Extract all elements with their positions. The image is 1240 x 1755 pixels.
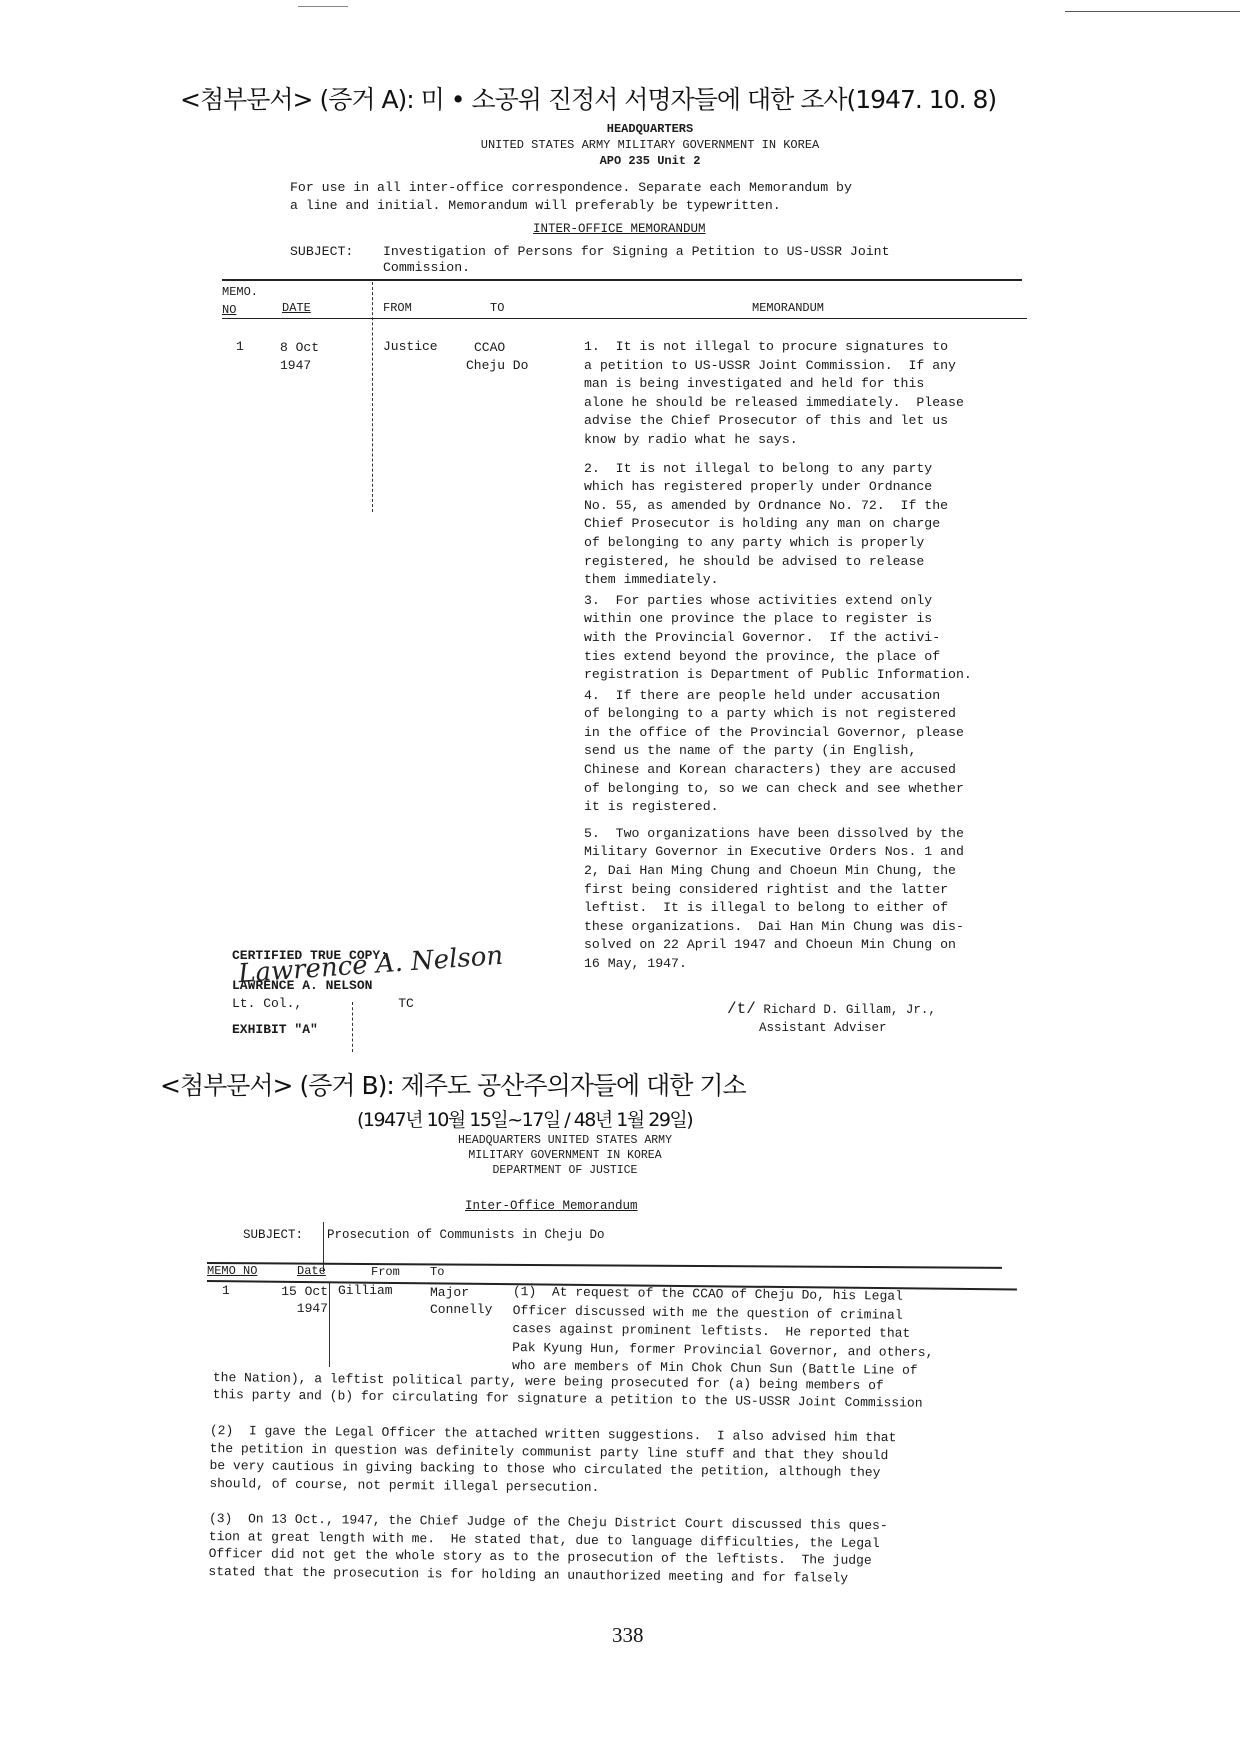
memo-paragraph: (2) I gave the Legal Officer the attache… xyxy=(209,1422,896,1499)
memo-to: CCAO Cheju Do xyxy=(466,339,528,375)
text-line: advise the Chief Prosecutor of this and … xyxy=(584,412,972,431)
col-date: DATE xyxy=(282,301,311,315)
text-line: 2. It is not illegal to belong to any pa… xyxy=(584,460,972,479)
memo-b-para1: (1) At request of the CCAO of Cheju Do, … xyxy=(512,1283,934,1381)
header-line: MILITARY GOVERNMENT IN KOREA xyxy=(400,1148,730,1163)
certified-rank: Lt. Col.,TC xyxy=(232,995,414,1013)
text-line: know by radio what he says. xyxy=(584,431,972,450)
text-line: with the Provincial Governor. If the act… xyxy=(584,629,972,648)
memo-paragraph: (3) On 13 Oct., 1947, the Chief Judge of… xyxy=(208,1510,895,1587)
instruction-line: For use in all inter-office corresponden… xyxy=(290,179,852,197)
memo-from: Justice xyxy=(383,339,438,354)
text-line: registration is Department of Public Inf… xyxy=(584,666,972,685)
header-line: APO 235 Unit 2 xyxy=(400,153,900,169)
memo-paragraph: 3. For parties whose activities extend o… xyxy=(584,592,972,685)
text-line: man is being investigated and held for t… xyxy=(584,375,972,394)
subject-label: SUBJECT: xyxy=(290,244,353,259)
text-line: these organizations. Dai Han Min Chung w… xyxy=(584,918,972,937)
col-from-b: From xyxy=(371,1265,400,1279)
memo-paragraph: 5. Two organizations have been dissolved… xyxy=(584,825,972,974)
form-title: INTER-OFFICE MEMORANDUM xyxy=(533,222,706,236)
header-line: HEADQUARTERS UNITED STATES ARMY xyxy=(400,1133,730,1148)
text-line: 4. If there are people held under accusa… xyxy=(584,687,972,706)
text-line: 2, Dai Han Ming Chung and Choeun Min Chu… xyxy=(584,862,972,881)
signoff-name: Richard D. Gillam, Jr., xyxy=(763,1003,936,1017)
text-line: of belonging to, so we can check and see… xyxy=(584,780,972,799)
text-line: No. 55, as amended by Ordnance No. 72. I… xyxy=(584,497,972,516)
column-divider xyxy=(372,282,373,512)
form-title-b: Inter-Office Memorandum xyxy=(465,1199,638,1213)
signature-divider xyxy=(352,1002,353,1052)
col-from: FROM xyxy=(383,301,412,315)
text-line: registered, he should be advised to rele… xyxy=(584,553,972,572)
col-memo-no: MEMO. NO xyxy=(222,283,258,319)
col-to-b: To xyxy=(430,1265,444,1279)
header-line: DEPARTMENT OF JUSTICE xyxy=(400,1163,730,1178)
memo-from-b: Gilliam xyxy=(338,1283,393,1298)
text-line: within one province the place to registe… xyxy=(584,610,972,629)
text-line: Military Governor in Executive Orders No… xyxy=(584,843,972,862)
table-top-rule-b xyxy=(207,1262,1002,1268)
date-divider xyxy=(329,1282,330,1367)
table-top-rule xyxy=(222,279,1022,281)
header-line: UNITED STATES ARMY MILITARY GOVERNMENT I… xyxy=(400,137,900,153)
memorandum-body: 1. It is not illegal to procure signatur… xyxy=(584,338,972,976)
page-number: 338 xyxy=(612,1623,644,1648)
text-line: ties extend beyond the province, the pla… xyxy=(584,648,972,667)
subject-text-b: Prosecution of Communists in Cheju Do xyxy=(327,1228,605,1242)
memo-paragraph: 1. It is not illegal to procure signatur… xyxy=(584,338,972,450)
signoff-title: Assistant Adviser xyxy=(727,1019,936,1037)
memo-date-b: 15 Oct 1947 xyxy=(276,1283,328,1317)
memo-b-para1-cont: the Nation), a leftist political party, … xyxy=(213,1369,923,1412)
memo-number: 1 xyxy=(236,339,244,354)
section-a-header: HEADQUARTERS UNITED STATES ARMY MILITARY… xyxy=(400,121,900,169)
section-a-title: <첨부문서> (증거 A): 미 • 소공위 진정서 서명자들에 대한 조사(1… xyxy=(180,80,996,116)
instruction-line: a line and initial. Memorandum will pref… xyxy=(290,197,852,215)
section-b-title: <첨부문서> (증거 B): 제주도 공산주의자들에 대한 기소 xyxy=(160,1066,746,1102)
text-line: them immediately. xyxy=(584,571,972,590)
text-line: send us the name of the party (in Englis… xyxy=(584,742,972,761)
memo-date: 8 Oct 1947 xyxy=(280,339,319,375)
memo-paragraph: 2. It is not illegal to belong to any pa… xyxy=(584,460,972,590)
header-rule xyxy=(222,318,1027,319)
text-line: of belonging to a party which is not reg… xyxy=(584,705,972,724)
memo-number-b: 1 xyxy=(222,1283,230,1298)
col-memorandum: MEMORANDUM xyxy=(752,301,824,315)
text-line: in the office of the Provincial Governor… xyxy=(584,724,972,743)
subject-label-b: SUBJECT: xyxy=(243,1228,303,1242)
section-b-subtitle: (1947년 10월 15일~17일 / 48년 1월 29일) xyxy=(357,1105,692,1132)
memo-to-b: Major Connelly xyxy=(430,1284,492,1318)
text-line: alone he should be released immediately.… xyxy=(584,394,972,413)
text-line: of belonging to any party which is prope… xyxy=(584,534,972,553)
memo-b-paragraphs: (2) I gave the Legal Officer the attache… xyxy=(208,1422,896,1605)
text-line: Chief Prosecutor is holding any man on c… xyxy=(584,515,972,534)
text-line: 3. For parties whose activities extend o… xyxy=(584,592,972,611)
text-line: Chinese and Korean characters) they are … xyxy=(584,761,972,780)
col-date-b: Date xyxy=(297,1264,326,1278)
text-line: it is registered. xyxy=(584,798,972,817)
text-line: 1. It is not illegal to procure signatur… xyxy=(584,338,972,357)
text-line: 5. Two organizations have been dissolved… xyxy=(584,825,972,844)
signoff: /t/ Richard D. Gillam, Jr., Assistant Ad… xyxy=(727,1000,936,1037)
scan-mark xyxy=(298,6,348,7)
section-b-header: HEADQUARTERS UNITED STATES ARMY MILITARY… xyxy=(400,1133,730,1178)
exhibit-label: EXHIBIT "A" xyxy=(232,1021,414,1039)
scan-mark xyxy=(1065,11,1240,12)
text-line: first being considered rightist and the … xyxy=(584,881,972,900)
col-to: TO xyxy=(490,301,504,315)
memorandum-paragraphs: 1. It is not illegal to procure signatur… xyxy=(584,338,972,974)
text-line: solved on 22 April 1947 and Choeun Min C… xyxy=(584,936,972,955)
text-line: which has registered properly under Ordn… xyxy=(584,478,972,497)
col-memo-no-b: MEMO NO xyxy=(207,1264,257,1278)
text-line: leftist. It is illegal to belong to eith… xyxy=(584,899,972,918)
text-line: 16 May, 1947. xyxy=(584,955,972,974)
memo-paragraph: 4. If there are people held under accusa… xyxy=(584,687,972,817)
subject-text: Investigation of Persons for Signing a P… xyxy=(383,244,889,276)
signoff-prefix: /t/ xyxy=(727,1000,756,1018)
text-line: a petition to US-USSR Joint Commission. … xyxy=(584,357,972,376)
header-line: HEADQUARTERS xyxy=(400,121,900,137)
form-instructions: For use in all inter-office corresponden… xyxy=(290,179,852,215)
